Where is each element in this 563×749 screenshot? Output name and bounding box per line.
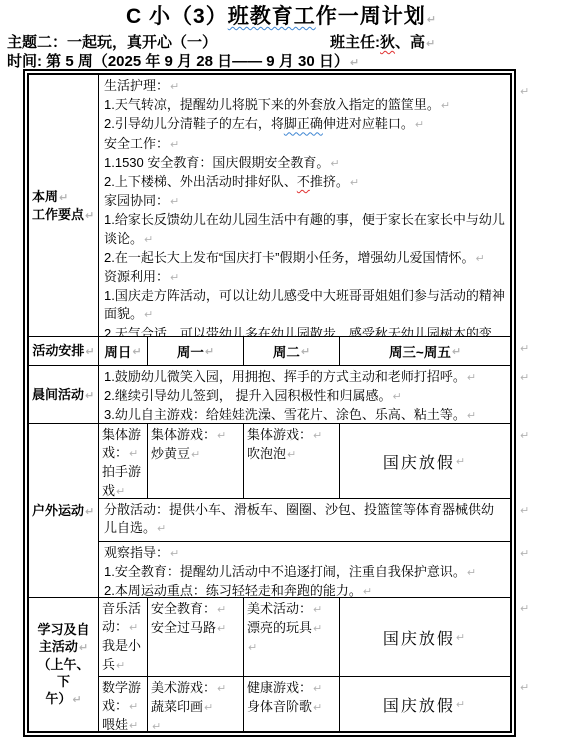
paragraph-mark-icon: ↵ <box>72 693 81 706</box>
paragraph-mark-icon: ↵ <box>116 659 125 672</box>
outdoor-label: 户外运动↵ <box>32 502 95 520</box>
paragraph-mark-icon: ↵ <box>217 622 226 635</box>
paragraph-mark-icon: ↵ <box>170 271 179 284</box>
column-header-tuesday: 周二↵ <box>244 337 340 365</box>
paragraph: 观察指导：↵ <box>104 544 505 563</box>
paragraph: 集体游戏：↵ <box>151 426 240 445</box>
text-segment: 脚正确 <box>284 116 323 131</box>
paragraph: 安全过马路↵ <box>151 619 240 638</box>
paragraph-mark-icon: ↵ <box>415 118 424 131</box>
learning-b-sunday-cell: 数学游戏：↵喂娃↵ <box>99 677 148 731</box>
paragraph: 拍手游戏↵ <box>102 463 144 498</box>
table-row-outdoor: 户外运动↵ 集体游戏：↵拍手游戏↵ 集体游戏：↵炒黄豆↵ 集体游戏：↵吹泡泡↵ … <box>29 424 510 598</box>
paragraph: 美术活动：↵ <box>247 600 336 619</box>
text-segment: 月 <box>177 53 192 70</box>
paragraph-mark-icon: ↵ <box>426 37 435 50</box>
paragraph: 数学游戏：↵ <box>102 679 144 716</box>
text-segment: 班主任: <box>330 34 380 51</box>
learning-b-tuesday-cell: 健康游戏：↵身体音阶歌↵ <box>244 677 340 731</box>
paragraph-mark-icon: ↵ <box>441 99 450 112</box>
paragraph: 身体音阶歌↵ <box>247 698 336 717</box>
learning-b-holiday-cell: 国庆放假↵ <box>340 677 510 731</box>
paragraph: 2.上下楼梯、外出活动时排好队、不推挤。↵ <box>104 173 505 192</box>
text-segment: 班教育工 <box>228 5 316 28</box>
week-focus-content: 生活护理：↵1.天气转凉，提醒幼儿将脱下来的外套放入指定的篮筐里。↵2.引导幼儿… <box>99 75 510 336</box>
text-segment: 2.上下楼梯、外出活动时排好队、 <box>104 174 297 189</box>
outdoor-sunday-cell: 集体游戏：↵拍手游戏↵ <box>99 424 148 498</box>
paragraph: 1.鼓励幼儿微笑入园，用拥抱、挥手的方式主动和老师打招呼。↵ <box>104 368 505 387</box>
paragraph-mark-icon: ↵ <box>467 409 476 422</box>
learning-a-holiday-cell: 国庆放假↵ <box>340 598 510 676</box>
paragraph-mark-icon: ↵ <box>363 585 372 597</box>
text-segment: 作一周计划 <box>316 5 426 28</box>
paragraph: 资源利用：↵ <box>104 268 505 287</box>
paragraph: 2.继续引导幼儿签到， 提升入园积极性和归属感。↵ <box>104 387 505 406</box>
row-end-mark-icon: ↵ <box>520 504 529 517</box>
paragraph: 3.幼儿自主游戏：给娃娃洗澡、雪花片、涂色、乐高、粘土等。↵ <box>104 406 505 423</box>
outdoor-observe-row: 观察指导：↵1.安全教育：提醒幼儿活动中不追逐打闹，注重自我保护意识。↵2.本周… <box>99 542 510 597</box>
text-segment: 9 <box>160 53 177 70</box>
paragraph: （上午、下午）↵ <box>32 656 95 708</box>
paragraph-mark-icon: ↵ <box>85 505 94 518</box>
text-segment: 日） <box>319 53 349 70</box>
paragraph-mark-icon: ↵ <box>217 429 226 442</box>
text-segment: C 小（3） <box>126 5 228 28</box>
paragraph: 安全工作：↵ <box>104 135 505 154</box>
paragraph-mark-icon: ↵ <box>456 455 467 468</box>
paragraph-mark-icon: ↵ <box>217 682 226 695</box>
paragraph: 集体游戏：↵ <box>102 426 144 463</box>
paragraph-mark-icon: ↵ <box>170 547 179 560</box>
learning-row-a: 音乐活动：↵我是小兵↵ 安全教育：↵安全过马路↵ 美术活动：↵漂亮的玩具↵↵ 国… <box>99 598 510 677</box>
outdoor-tuesday-cell: 集体游戏：↵吹泡泡↵ <box>244 424 340 498</box>
paragraph-mark-icon: ↵ <box>456 698 467 711</box>
row-label-schedule: 活动安排↵ <box>29 337 99 365</box>
learning-a-monday-cell: 安全教育：↵安全过马路↵ <box>148 598 244 676</box>
row-end-mark-icon: ↵ <box>520 547 529 560</box>
text-segment: 30 <box>294 53 319 70</box>
table-row-week-focus: 本周↵工作要点↵ 生活护理：↵1.天气转凉，提醒幼儿将脱下来的外套放入指定的篮筐… <box>29 75 510 337</box>
paragraph: 1.安全教育：提醒幼儿活动中不追逐打闹，注重自我保护意识。↵ <box>104 563 505 582</box>
row-end-mark-icon: ↵ <box>520 429 529 442</box>
paragraph-mark-icon: ↵ <box>85 345 94 358</box>
paragraph-mark-icon: ↵ <box>170 138 179 151</box>
row-end-mark-icon: ↵ <box>520 342 529 355</box>
paragraph-mark-icon: ↵ <box>248 641 257 654</box>
paragraph: 我是小兵↵ <box>102 637 144 674</box>
text-segment: 28 <box>192 53 217 70</box>
paragraph: ↵ <box>247 638 336 657</box>
paragraph: 蔬菜印画↵ <box>151 698 240 717</box>
paragraph-mark-icon: ↵ <box>129 447 138 460</box>
paragraph: 本周↵ <box>32 188 95 206</box>
paragraph-mark-icon: ↵ <box>452 345 461 358</box>
weekly-plan-table: 本周↵工作要点↵ 生活护理：↵1.天气转凉，提醒幼儿将脱下来的外套放入指定的篮筐… <box>23 69 516 737</box>
paragraph: 安全教育：↵ <box>151 600 240 619</box>
paragraph-mark-icon: ↵ <box>85 389 94 402</box>
paragraph-mark-icon: ↵ <box>157 522 166 535</box>
outdoor-subrows: 集体游戏：↵拍手游戏↵ 集体游戏：↵炒黄豆↵ 集体游戏：↵吹泡泡↵ 国庆放假↵ … <box>99 424 510 597</box>
learning-row-b: 数学游戏：↵喂娃↵ 美术游戏：↵蔬菜印画↵↵ 健康游戏：↵身体音阶歌↵ 国庆放假… <box>99 677 510 731</box>
learning-subrows: 音乐活动：↵我是小兵↵ 安全教育：↵安全过马路↵ 美术活动：↵漂亮的玩具↵↵ 国… <box>99 598 510 731</box>
text-segment: 时间: 第 5 周（2025 年 <box>7 53 160 70</box>
table-row-learning: 学习及自主活动↵（上午、下午）↵ 音乐活动：↵我是小兵↵ 安全教育：↵安全过马路… <box>29 598 510 731</box>
paragraph-mark-icon: ↵ <box>476 252 485 265</box>
paragraph-mark-icon: ↵ <box>79 641 88 654</box>
document-page: C 小（3）班教育工作一周计划↵ 主题二：一起玩，真开心（一） 班主任:狄、高↵… <box>0 0 563 749</box>
paragraph-mark-icon: ↵ <box>313 429 322 442</box>
paragraph-mark-icon: ↵ <box>129 719 138 731</box>
paragraph-mark-icon: ↵ <box>392 390 401 403</box>
paragraph-mark-icon: ↵ <box>116 485 125 498</box>
paragraph: 工作要点↵ <box>32 206 95 224</box>
paragraph: 2.引导幼儿分清鞋子的左右，将脚正确伸进对应鞋口。↵ <box>104 115 505 134</box>
morning-content: 1.鼓励幼儿微笑入园，用拥抱、挥手的方式主动和老师打招呼。↵2.继续引导幼儿签到… <box>99 366 510 423</box>
paragraph-mark-icon: ↵ <box>467 566 476 579</box>
paragraph: 生活护理：↵ <box>104 77 505 96</box>
column-header-wed-fri: 周三~周五↵ <box>340 337 510 365</box>
paragraph: 漂亮的玩具↵ <box>247 619 336 638</box>
paragraph: 美术游戏：↵ <box>151 679 240 698</box>
paragraph: 喂娃↵ <box>102 716 144 731</box>
paragraph-mark-icon: ↵ <box>217 603 226 616</box>
table-row-morning-activity: 晨间活动↵ 1.鼓励幼儿微笑入园，用拥抱、挥手的方式主动和老师打招呼。↵2.继续… <box>29 366 510 424</box>
learning-a-tuesday-cell: 美术活动：↵漂亮的玩具↵↵ <box>244 598 340 676</box>
outdoor-observe-cell: 观察指导：↵1.安全教育：提醒幼儿活动中不追逐打闹，注重自我保护意识。↵2.本周… <box>99 542 510 597</box>
row-label-learning: 学习及自主活动↵（上午、下午）↵ <box>29 598 99 731</box>
paragraph-mark-icon: ↵ <box>191 448 200 461</box>
paragraph: ↵ <box>151 717 240 731</box>
paragraph-mark-icon: ↵ <box>144 233 153 246</box>
paragraph-mark-icon: ↵ <box>427 13 437 26</box>
text-segment: 伸进对应鞋口。 <box>323 116 414 131</box>
paragraph-mark-icon: ↵ <box>204 701 213 714</box>
paragraph-mark-icon: ↵ <box>350 176 359 189</box>
paragraph-mark-icon: ↵ <box>170 80 179 93</box>
paragraph-mark-icon: ↵ <box>313 622 322 635</box>
paragraph: 家园协同：↵ <box>104 192 505 211</box>
outdoor-scatter-cell: 分散活动：提供小车、滑板车、圈圈、沙包、投篮筐等体育器械供幼儿自选。↵ <box>99 499 510 541</box>
text-segment: 9 <box>262 53 279 70</box>
paragraph-mark-icon: ↵ <box>85 209 94 222</box>
text-segment: 不 <box>297 174 310 189</box>
row-label-week-focus: 本周↵工作要点↵ <box>29 75 99 336</box>
learning-b-monday-cell: 美术游戏：↵蔬菜印画↵↵ <box>148 677 244 731</box>
outdoor-holiday-cell: 国庆放假↵ <box>340 424 510 498</box>
morning-label: 晨间活动↵ <box>32 386 95 404</box>
schedule-label: 活动安排↵ <box>32 342 95 360</box>
paragraph: 1.1530 安全教育：国庆假期安全教育。↵ <box>104 154 505 173</box>
row-label-morning: 晨间活动↵ <box>29 366 99 423</box>
outdoor-scatter-row: 分散活动：提供小车、滑板车、圈圈、沙包、投篮筐等体育器械供幼儿自选。↵ <box>99 499 510 542</box>
time-line: 时间: 第 5 周（2025 年 9 月 28 日—— 9 月 30 日）↵ <box>7 50 359 71</box>
text-segment: 2.引导幼儿分清鞋子的左右，将 <box>104 116 284 131</box>
paragraph: 2.在一起长大上发布“国庆打卡”假期小任务，增强幼儿爱国情怀。↵ <box>104 249 505 268</box>
paragraph: 集体游戏：↵ <box>247 426 336 445</box>
text-segment: 日—— <box>217 53 262 70</box>
paragraph: 炒黄豆↵ <box>151 445 240 464</box>
paragraph-mark-icon: ↵ <box>301 345 310 358</box>
row-end-mark-icon: ↵ <box>520 85 529 98</box>
paragraph-mark-icon: ↵ <box>132 345 141 358</box>
paragraph-mark-icon: ↵ <box>59 191 68 204</box>
paragraph-mark-icon: ↵ <box>313 603 322 616</box>
document-title: C 小（3）班教育工作一周计划↵ <box>0 0 563 30</box>
row-end-mark-icon: ↵ <box>520 602 529 615</box>
learning-a-sunday-cell: 音乐活动：↵我是小兵↵ <box>99 598 148 676</box>
paragraph-mark-icon: ↵ <box>467 371 476 384</box>
paragraph-mark-icon: ↵ <box>205 345 214 358</box>
teacher-line: 班主任:狄、高↵ <box>330 31 435 52</box>
paragraph-mark-icon: ↵ <box>456 631 467 644</box>
paragraph: 健康游戏：↵ <box>247 679 336 698</box>
paragraph-mark-icon: ↵ <box>129 621 138 634</box>
outdoor-monday-cell: 集体游戏：↵炒黄豆↵ <box>148 424 244 498</box>
paragraph: 分散活动：提供小车、滑板车、圈圈、沙包、投篮筐等体育器械供幼儿自选。↵ <box>104 501 505 538</box>
paragraph-mark-icon: ↵ <box>170 195 179 208</box>
column-header-monday: 周一↵ <box>148 337 244 365</box>
paragraph: 学习及自主活动↵ <box>32 621 95 656</box>
paragraph-mark-icon: ↵ <box>330 157 339 170</box>
text-segment: 、高 <box>395 34 425 51</box>
column-header-sunday: 周日↵ <box>99 337 148 365</box>
paragraph-mark-icon: ↵ <box>144 308 153 321</box>
paragraph-mark-icon: ↵ <box>313 701 322 714</box>
paragraph: 音乐活动：↵ <box>102 600 144 637</box>
paragraph-mark-icon: ↵ <box>313 682 322 695</box>
paragraph: 1.天气转凉，提醒幼儿将脱下来的外套放入指定的篮筐里。↵ <box>104 96 505 115</box>
text-segment: 推挤。 <box>310 174 349 189</box>
paragraph-mark-icon: ↵ <box>152 720 161 731</box>
paragraph-mark-icon: ↵ <box>287 448 296 461</box>
row-end-mark-icon: ↵ <box>520 681 529 694</box>
paragraph: 1.给家长反馈幼儿在幼儿园生活中有趣的事，便于家长在家长中与幼儿谈论。↵ <box>104 211 505 248</box>
paragraph: 1.国庆走方阵活动，可以让幼儿感受中大班哥哥姐姐们参与活动的精神面貌。↵ <box>104 287 505 324</box>
row-end-mark-icon: ↵ <box>520 371 529 384</box>
text-segment: 狄 <box>380 34 395 51</box>
paragraph: 吹泡泡↵ <box>247 445 336 464</box>
table-row-schedule-header: 活动安排↵ 周日↵ 周一↵ 周二↵ 周三~周五↵ <box>29 337 510 366</box>
paragraph-mark-icon: ↵ <box>350 56 359 69</box>
paragraph: 2.本周运动重点：练习轻轻走和奔跑的能力。↵ <box>104 582 505 597</box>
row-label-outdoor: 户外运动↵ <box>29 424 99 597</box>
text-segment: 月 <box>279 53 294 70</box>
paragraph: 2.天气合适，可以带幼儿多在幼儿园散步，感受秋天幼儿园树木的变化。↵ <box>104 325 505 336</box>
outdoor-games-row: 集体游戏：↵拍手游戏↵ 集体游戏：↵炒黄豆↵ 集体游戏：↵吹泡泡↵ 国庆放假↵ <box>99 424 510 499</box>
paragraph-mark-icon: ↵ <box>129 700 138 713</box>
subject-line: 主题二：一起玩，真开心（一） <box>7 31 217 52</box>
